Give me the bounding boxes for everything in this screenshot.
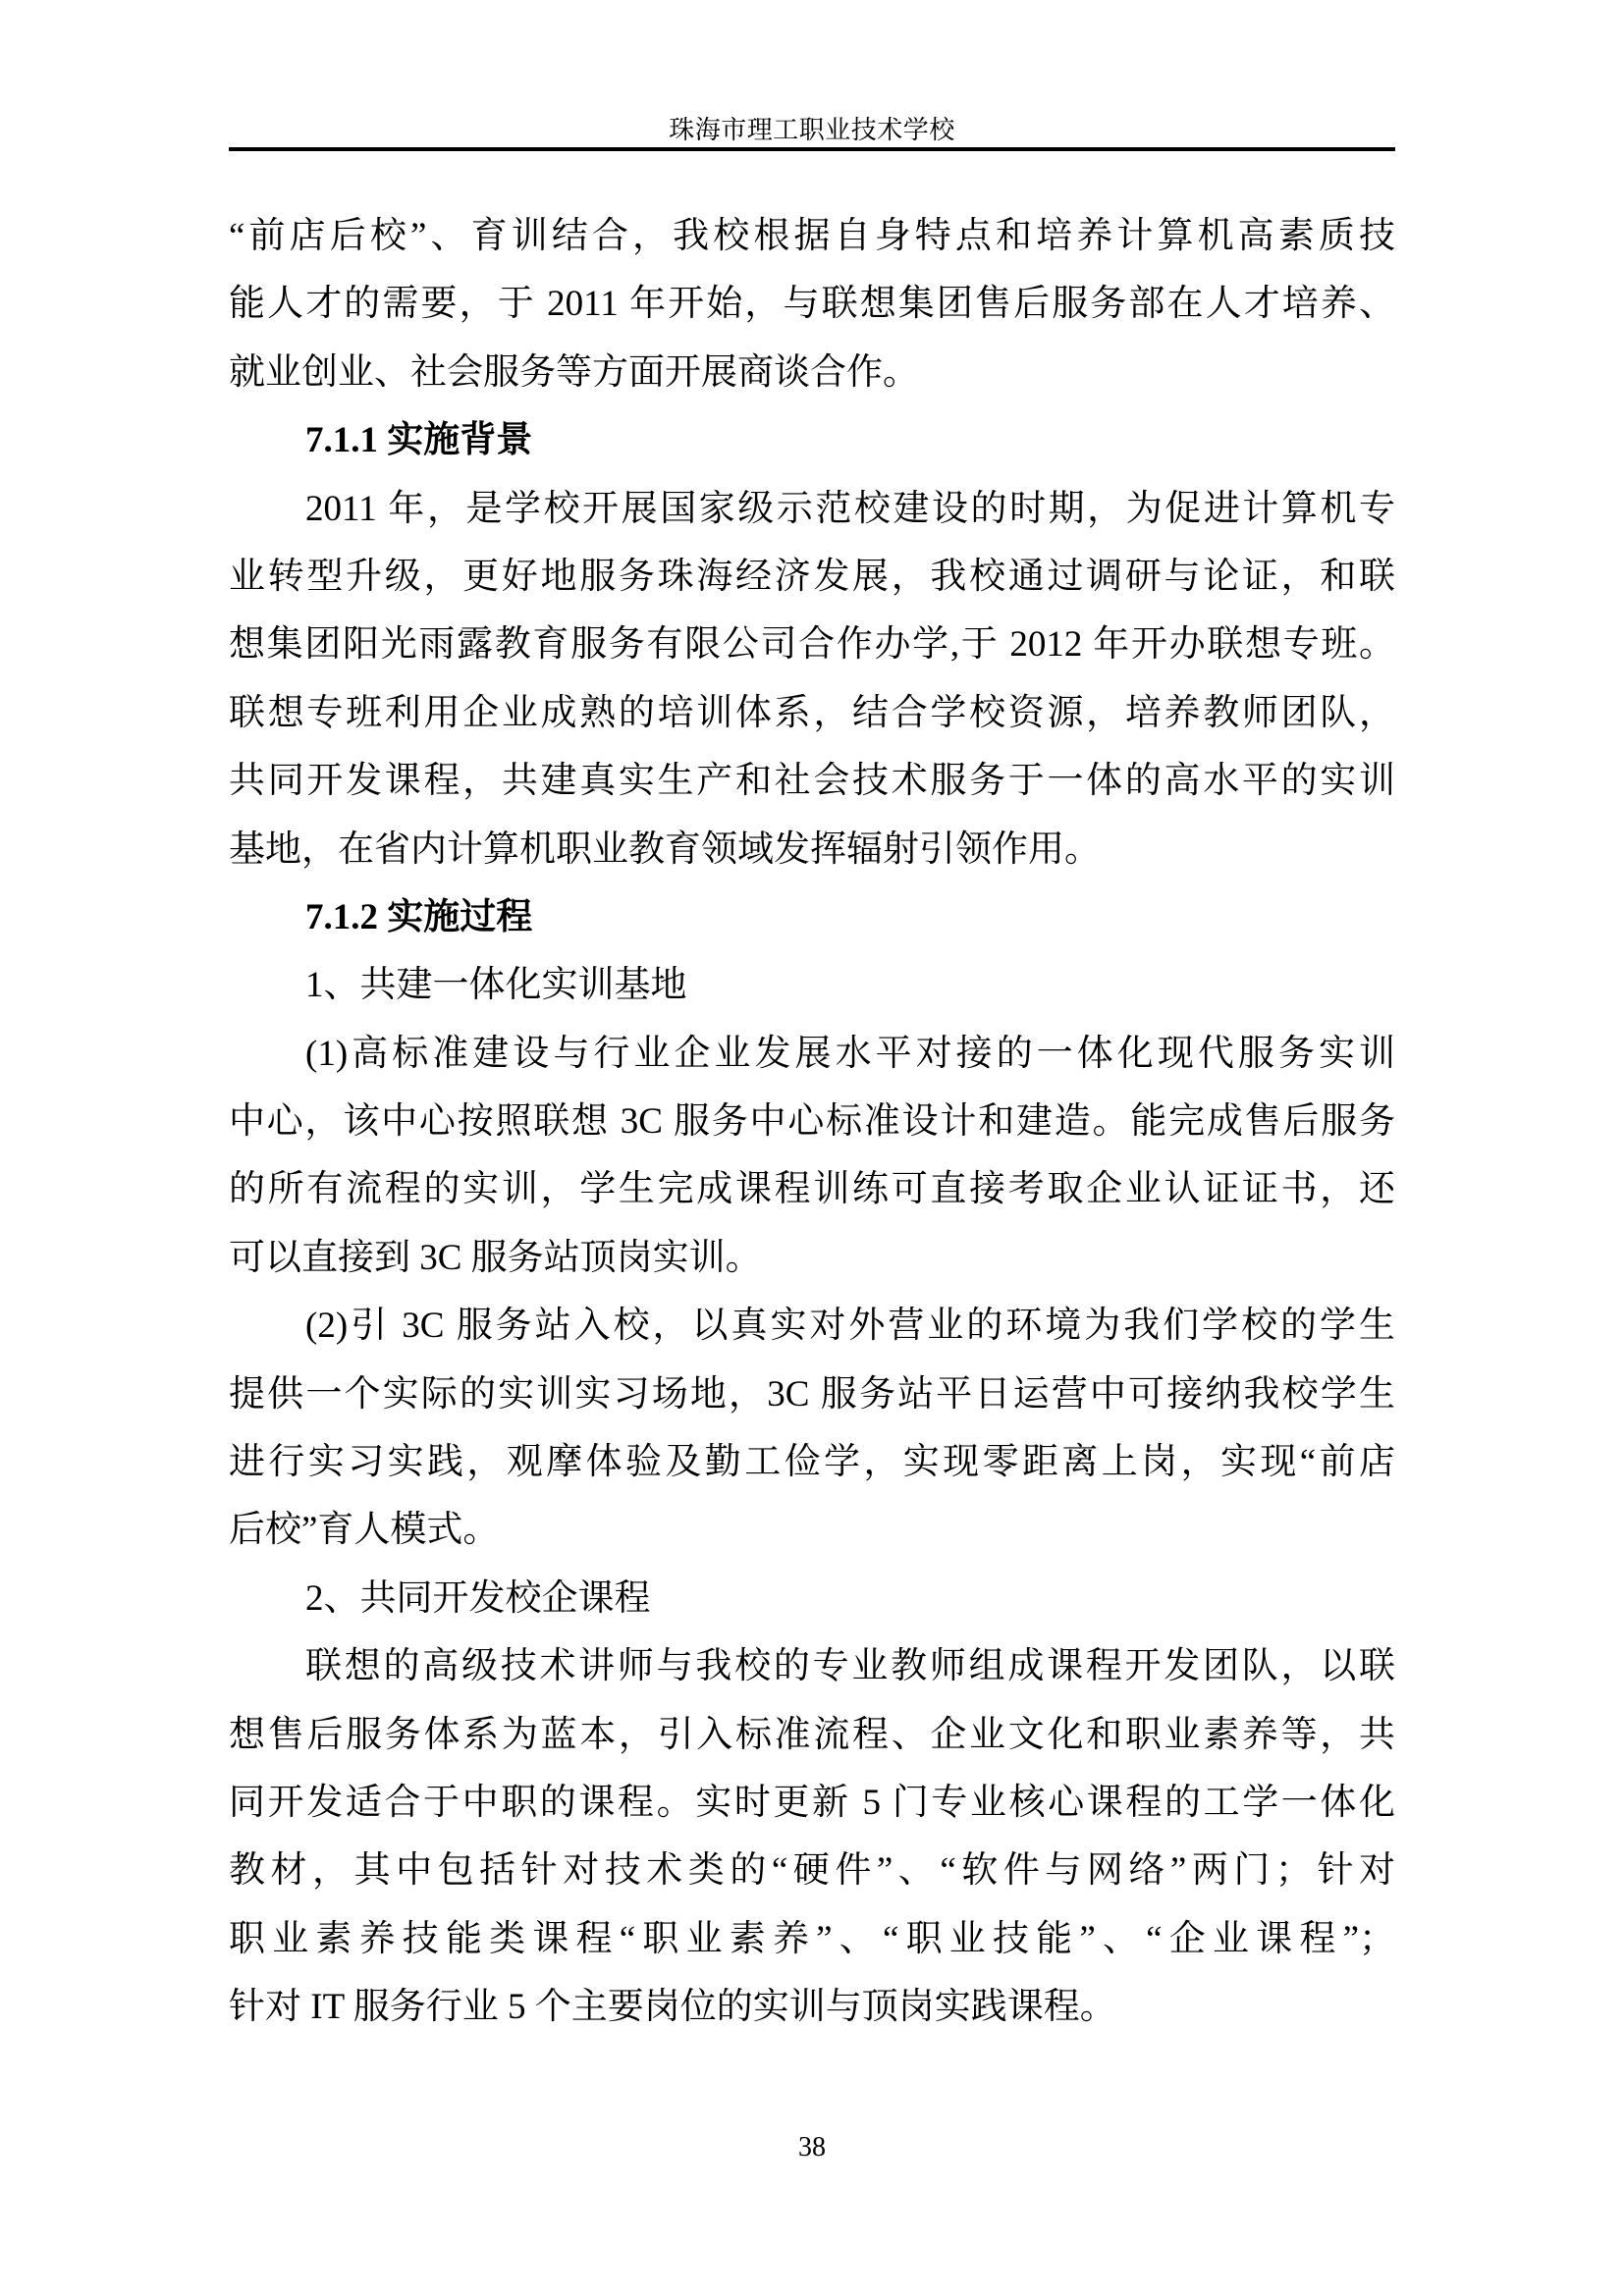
subitem-heading-1: 1、共建一体化实训基地 bbox=[229, 951, 1395, 1019]
text-line: 职业素养技能类课程“职业素养”、“职业技能”、“企业课程”； bbox=[229, 1905, 1395, 1973]
text-line: 后校”育人模式。 bbox=[229, 1496, 1395, 1564]
document-body: “前店后校”、育训结合，我校根据自身特点和培养计算机高素质技 能人才的需要，于 … bbox=[229, 202, 1395, 2042]
text-line: (2)引 3C 服务站入校，以真实对外营业的环境为我们学校的学生 bbox=[229, 1292, 1395, 1360]
page-number: 38 bbox=[229, 2131, 1395, 2164]
text-line: 业转型升级，更好地服务珠海经济发展，我校通过调研与论证，和联 bbox=[229, 543, 1395, 611]
text-line: 2011 年，是学校开展国家级示范校建设的时期，为促进计算机专 bbox=[229, 475, 1395, 543]
text-line: 联想专班利用企业成熟的培训体系，结合学校资源，培养教师团队， bbox=[229, 679, 1395, 747]
text-line: 提供一个实际的实训实习场地，3C 服务站平日运营中可接纳我校学生 bbox=[229, 1361, 1395, 1428]
text-line: 的所有流程的实训，学生完成课程训练可直接考取企业认证证书，还 bbox=[229, 1155, 1395, 1223]
text-line: 可以直接到 3C 服务站顶岗实训。 bbox=[229, 1224, 1395, 1292]
text-line: 共同开发课程，共建真实生产和社会技术服务于一体的高水平的实训 bbox=[229, 747, 1395, 815]
section-heading-implementation-background: 7.1.1 实施背景 bbox=[229, 406, 1395, 474]
text-line: (1)高标准建设与行业企业发展水平对接的一体化现代服务实训 bbox=[229, 1020, 1395, 1088]
text-line: 教材，其中包括针对技术类的“硬件”、“软件与网络”两门；针对 bbox=[229, 1837, 1395, 1904]
text-line: 基地，在省内计算机职业教育领域发挥辐射引领作用。 bbox=[229, 816, 1395, 883]
text-line: 联想的高级技术讲师与我校的专业教师组成课程开发团队，以联 bbox=[229, 1632, 1395, 1700]
text-line: 想集团阳光雨露教育服务有限公司合作办学,于 2012 年开办联想专班。 bbox=[229, 611, 1395, 678]
text-line: 同开发适合于中职的课程。实时更新 5 门专业核心课程的工学一体化 bbox=[229, 1769, 1395, 1837]
header-title: 珠海市理工职业技术学校 bbox=[0, 115, 1624, 146]
subitem-heading-2: 2、共同开发校企课程 bbox=[229, 1565, 1395, 1632]
text-line: 针对 IT 服务行业 5 个主要岗位的实训与顶岗实践课程。 bbox=[229, 1973, 1395, 2041]
text-line: 就业创业、社会服务等方面开展商谈合作。 bbox=[229, 339, 1395, 406]
document-page: 珠海市理工职业技术学校 “前店后校”、育训结合，我校根据自身特点和培养计算机高素… bbox=[0, 0, 1624, 2296]
text-line: 能人才的需要，于 2011 年开始，与联想集团售后服务部在人才培养、 bbox=[229, 270, 1395, 338]
text-line: 想售后服务体系为蓝本，引入标准流程、企业文化和职业素养等，共 bbox=[229, 1701, 1395, 1769]
header-rule bbox=[229, 147, 1395, 151]
text-line: 进行实习实践，观摩体验及勤工俭学，实现零距离上岗，实现“前店 bbox=[229, 1428, 1395, 1496]
text-line: 中心，该中心按照联想 3C 服务中心标准设计和建造。能完成售后服务 bbox=[229, 1088, 1395, 1155]
section-heading-implementation-process: 7.1.2 实施过程 bbox=[229, 883, 1395, 951]
text-line: “前店后校”、育训结合，我校根据自身特点和培养计算机高素质技 bbox=[229, 202, 1395, 270]
